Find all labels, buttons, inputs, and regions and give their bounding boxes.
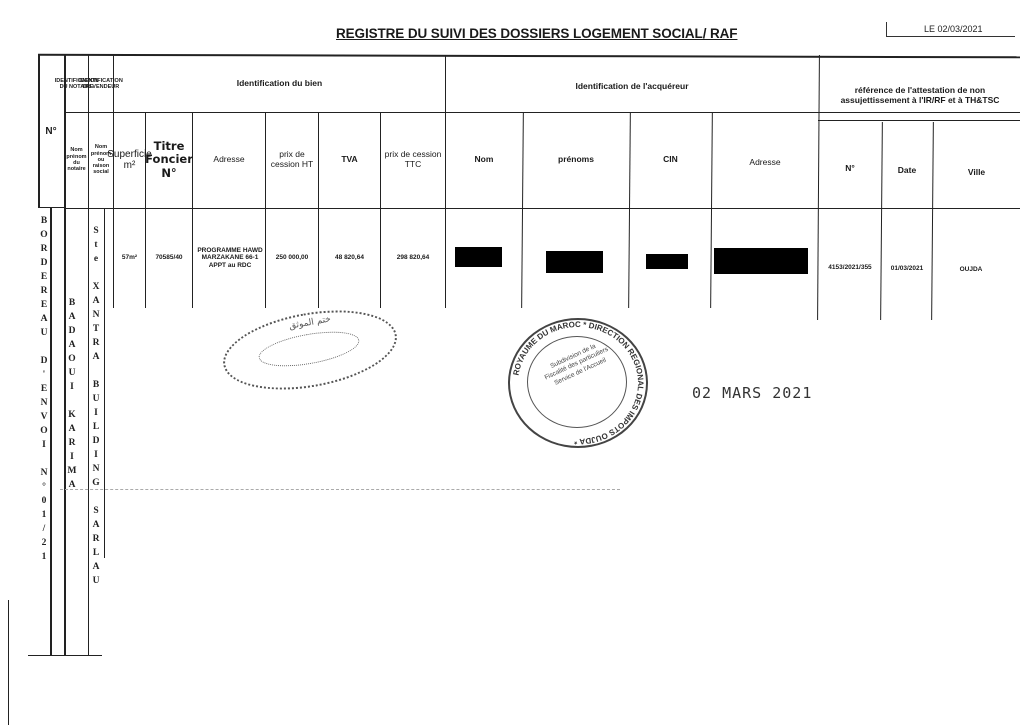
- tax-office-stamp-ring: ROYAUME DU MAROC * DIRECTION REGIONAL DE…: [508, 318, 648, 448]
- col-prix-ttc: prix de cession TTC: [381, 113, 445, 207]
- cell-titre-foncier: 70585/40: [146, 210, 192, 306]
- cell-notaire-vertical: BADAOUI KARIMA: [64, 296, 80, 492]
- header-identification-acquereur: Identification de l'acquéreur: [446, 56, 818, 118]
- svg-text:ROYAUME DU MAROC * DIRECTION R: ROYAUME DU MAROC * DIRECTION REGIONAL DE…: [512, 320, 645, 446]
- col-line: [104, 208, 105, 558]
- header-vendeur: IDENTIFICATION DU VENDEUR: [89, 58, 113, 110]
- redacted-adresse: [714, 248, 808, 274]
- cell-adresse-bien: PROGRAMME HAWD MARZAKANE 66-1 APPT au RD…: [194, 210, 266, 306]
- col-prix-ht: prix de cession HT: [266, 113, 318, 207]
- col-attestation-ville: Ville: [933, 126, 1020, 220]
- cell-prix-ttc: 298 820,64: [381, 210, 445, 306]
- header-identification-bien: Identification du bien: [114, 56, 445, 112]
- header-identification-bien-label: Identification du bien: [237, 79, 322, 89]
- cell-prix-ht: 250 000,00: [266, 210, 318, 306]
- col-notaire-nom: Nom prénom du notaire: [65, 113, 88, 207]
- header-numero: N°: [38, 112, 64, 152]
- col-tva: TVA: [319, 113, 380, 207]
- table-bottom: [28, 655, 102, 656]
- cell-attestation-date: 01/03/2021: [882, 221, 932, 317]
- col-nom: Nom: [446, 113, 522, 207]
- cell-superficie: 57m²: [114, 210, 145, 306]
- col-attestation-numero: N°: [819, 122, 881, 216]
- col-titre-foncier: Titre Foncier N°: [146, 113, 192, 207]
- col-prenoms: prénoms: [523, 113, 629, 207]
- cell-vendeur-vertical: Ste XANTRA BUILDING SARLAU: [88, 224, 104, 588]
- col-adresse-bien: Adresse: [193, 113, 265, 207]
- col-adresse-acquereur: Adresse: [712, 116, 818, 210]
- header-attestation: référence de l'attestation de non assuje…: [822, 76, 1018, 116]
- document-date: LE 02/03/2021: [924, 24, 983, 34]
- page-edge: [8, 600, 9, 725]
- redacted-prenoms: [546, 251, 603, 273]
- col-attestation-date: Date: [882, 124, 932, 218]
- document-title: REGISTRE DU SUIVI DES DOSSIERS LOGEMENT …: [336, 26, 737, 41]
- redacted-nom: [455, 247, 502, 267]
- cell-attestation-ville: OUJDA: [933, 222, 1009, 318]
- cell-numero-vertical: BORDEREAU D'ENVOI N°01/21: [36, 214, 52, 564]
- reception-date-stamp: 02 MARS 2021: [692, 384, 812, 402]
- cell-attestation-numero: 4153/2021/355: [819, 220, 881, 316]
- scan-artifact-line: [60, 489, 620, 490]
- redacted-cin: [646, 254, 688, 269]
- cell-tva: 48 820,64: [319, 210, 380, 306]
- col-cin: CIN: [630, 113, 711, 207]
- attestation-divider: [818, 120, 1020, 121]
- col-superficie: Superficie m²: [114, 113, 145, 207]
